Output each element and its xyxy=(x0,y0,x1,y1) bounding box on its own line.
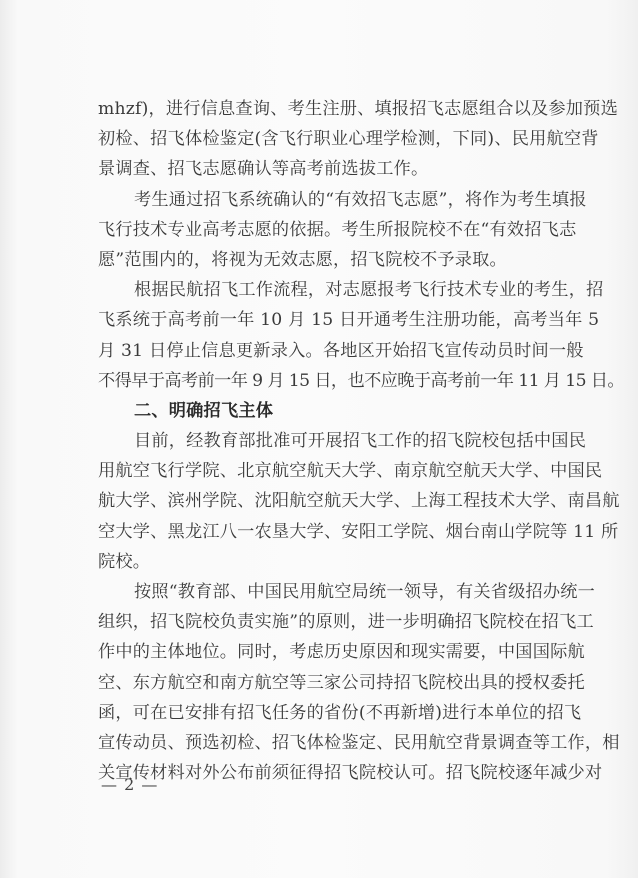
section-heading: 二、明确招飞主体 xyxy=(98,396,558,426)
paragraph-line: 目前，经教育部批准可开展招飞工作的招飞院校包括中国民 xyxy=(98,426,558,456)
paragraph-line: 月 31 日停止信息更新录入。各地区开始招飞宣传动员时间一般 xyxy=(98,336,558,366)
paragraph-line: 宣传动员、预选初检、招飞体检鉴定、民用航空背景调查等工作，相 xyxy=(98,728,558,758)
paragraph-line: 航大学、滨州学院、沈阳航空航天大学、上海工程技术大学、南昌航 xyxy=(98,486,558,516)
paragraph-line: 用航空飞行学院、北京航空航天大学、南京航空航天大学、中国民 xyxy=(98,456,558,486)
paragraph-line: 关宣传材料对外公布前须征得招飞院校认可。招飞院校逐年减少对 xyxy=(98,758,558,788)
paragraph-line: 考生通过招飞系统确认的“有效招飞志愿”，将作为考生填报 xyxy=(98,185,558,215)
paragraph-line: 飞行技术专业高考志愿的依据。考生所报院校不在“有效招飞志 xyxy=(98,215,558,245)
paragraph-line: 景调查、招飞志愿确认等高考前选拔工作。 xyxy=(98,154,558,184)
paragraph-line: 不得早于高考前一年 9 月 15 日，也不应晚于高考前一年 11 月 15 日。 xyxy=(98,366,558,396)
paragraph-line: 愿”范围内的，将视为无效志愿，招飞院校不予录取。 xyxy=(98,245,558,275)
paragraph-line: 作中的主体地位。同时，考虑历史原因和现实需要，中国国际航 xyxy=(98,637,558,667)
page-number: — 2 — xyxy=(101,775,158,794)
paragraph-line: 院校。 xyxy=(98,547,558,577)
document-body: mhzf)，进行信息查询、考生注册、填报招飞志愿组合以及参加预选 初检、招飞体检… xyxy=(98,94,558,788)
paragraph-line: 飞系统于高考前一年 10 月 15 日开通考生注册功能，高考当年 5 xyxy=(98,305,558,335)
document-page: mhzf)，进行信息查询、考生注册、填报招飞志愿组合以及参加预选 初检、招飞体检… xyxy=(0,0,638,878)
paragraph-line: 空大学、黑龙江八一农垦大学、安阳工学院、烟台南山学院等 11 所 xyxy=(98,517,558,547)
paragraph-line: 初检、招飞体检鉴定(含飞行职业心理学检测，下同)、民用航空背 xyxy=(98,124,558,154)
paragraph-line: 根据民航招飞工作流程，对志愿报考飞行技术专业的考生，招 xyxy=(98,275,558,305)
paragraph-line: 空、东方航空和南方航空等三家公司持招飞院校出具的授权委托 xyxy=(98,668,558,698)
paragraph-line: 组织，招飞院校负责实施”的原则，进一步明确招飞院校在招飞工 xyxy=(98,607,558,637)
paragraph-line: mhzf)，进行信息查询、考生注册、填报招飞志愿组合以及参加预选 xyxy=(98,94,558,124)
paragraph-line: 按照“教育部、中国民用航空局统一领导，有关省级招办统一 xyxy=(98,577,558,607)
paragraph-line: 函，可在已安排有招飞任务的省份(不再新增)进行本单位的招飞 xyxy=(98,698,558,728)
